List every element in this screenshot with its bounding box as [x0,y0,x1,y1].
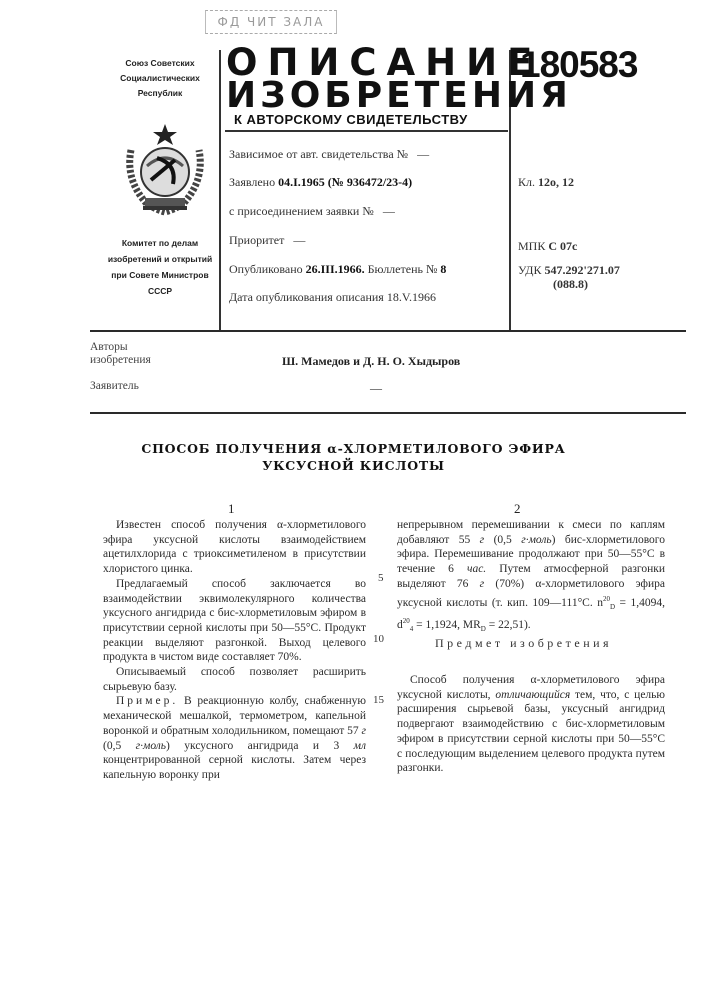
ussr-emblem-icon [117,120,213,220]
field-value: 8 [440,262,446,276]
field-label: Зависимое от авт. свидетельства № [229,147,408,161]
country-line: Республик [95,86,225,101]
field-label: Опубликовано [229,262,303,276]
unit: г·моль [136,740,166,752]
paragraph: Описываемый способ позволяет расширить с… [103,665,366,694]
field-value: 547.292'271.07 [544,263,619,277]
field-label: с присоединением заявки № [229,204,374,218]
divider [225,130,508,132]
udc-index-suffix: (088.8) [553,277,588,292]
line-number: 5 [378,572,384,584]
unit: мл [354,740,366,752]
line-number: 15 [373,694,384,706]
claims-text: Способ получения α-хлорметилового эфира … [397,673,665,776]
field-value: — [293,233,305,247]
label-line: изобретения [90,354,151,367]
superscript: 20 [603,595,610,603]
text-run: ) уксусного ангидрида и 3 [166,740,354,752]
unit: час. [467,563,486,575]
field-label: УДК [518,263,541,277]
field-value: — [417,147,429,161]
country-name: Союз Советских Социалистических Республи… [95,56,225,101]
divider-vertical [219,50,221,332]
udc-index: УДК 547.292'271.07 [518,263,620,278]
divider [90,330,686,332]
label-line: Авторы [90,341,151,354]
field-label: Заявлено [229,175,275,189]
field-value: 26.III.1966. [306,262,365,276]
unit: г [362,725,367,737]
field-value: С 07с [548,239,577,253]
field-label: Кл. [518,175,535,189]
authors-label: Авторы изобретения [90,341,151,367]
text-run: тем, что, с целью расширения сырьевой ба… [397,689,665,775]
patent-number: 180583 [520,44,637,86]
line-number: 10 [373,633,384,645]
document-title-line2: УКСУСНОЙ КИСЛОТЫ [100,458,607,473]
committee-name: Комитет по делам изобретений и открытий … [90,235,230,299]
description-date: Дата опубликования описания 18.V.1966 [229,290,436,305]
subtitle-certificate: К АВТОРСКОМУ СВИДЕТЕЛЬСТВУ [234,112,504,127]
country-line: Союз Советских [95,56,225,71]
example-paragraph: Пример. В реакционную колбу, снабженную … [103,694,366,782]
example-lead: Пример. [116,695,178,707]
field-value: (088.8) [553,277,588,291]
field-label: Бюллетень № [368,262,438,276]
superscript: 20 [403,617,410,625]
column-2-text: непрерывном перемешивании к смеси по кап… [397,518,665,637]
filed-date: Заявлено 04.I.1965 (№ 936472/23-4) [229,175,412,190]
column-1-text: Известен способ получения α-хлорметилово… [103,518,366,783]
claims-heading: Предмет изобретения [435,636,612,651]
joined-application: с присоединением заявки № — [229,204,395,219]
published-date: Опубликовано 26.III.1966. Бюллетень № 8 [229,262,446,277]
example-continued: непрерывном перемешивании к смеси по кап… [397,518,665,637]
priority: Приоритет — [229,233,305,248]
committee-line: изобретений и открытий [90,251,230,267]
emphasis: отличающийся [495,689,570,701]
applicant-label: Заявитель [90,380,139,393]
class-index: Кл. 12о, 12 [518,175,574,190]
authors-value: Ш. Мамедов и Д. Н. О. Хыдыров [282,354,460,369]
paragraph: Известен способ получения α-хлорметилово… [103,518,366,577]
text-run: концентрированной серной кислоты. Затем … [103,754,366,781]
field-label: Приоритет [229,233,284,247]
unit: г·моль [521,534,551,546]
text-run: (0,5 [103,740,136,752]
committee-line: при Совете Министров [90,267,230,283]
applicant-value: — [370,381,382,396]
text-run: = 1,1924, MR [413,619,481,631]
text-run: = 22,51). [486,619,531,631]
title-invention: ИЗОБРЕТЕНИЯ [226,76,508,116]
archive-stamp: ФД ЧИТ ЗАЛА [205,10,337,34]
committee-line: Комитет по делам [90,235,230,251]
field-value: 04.I.1965 (№ 936472/23-4) [278,175,412,189]
field-value: — [383,204,395,218]
document-title-line1: СПОСОБ ПОЛУЧЕНИЯ α-ХЛОРМЕТИЛОВОГО ЭФИРА [100,441,607,456]
column-number: 2 [514,501,521,517]
field-label: МПК [518,239,545,253]
field-value: 12о, 12 [538,175,574,189]
column-number: 1 [228,501,235,517]
claim-paragraph: Способ получения α-хлорметилового эфира … [397,673,665,776]
paragraph: Предлагаемый способ заключается во взаим… [103,577,366,665]
ipc-index: МПК С 07с [518,239,577,254]
divider [90,412,686,414]
dependent-certificate: Зависимое от авт. свидетельства № — [229,147,429,162]
committee-line: СССР [90,283,230,299]
text-run: (0,5 [484,534,521,546]
country-line: Социалистических [95,71,225,86]
